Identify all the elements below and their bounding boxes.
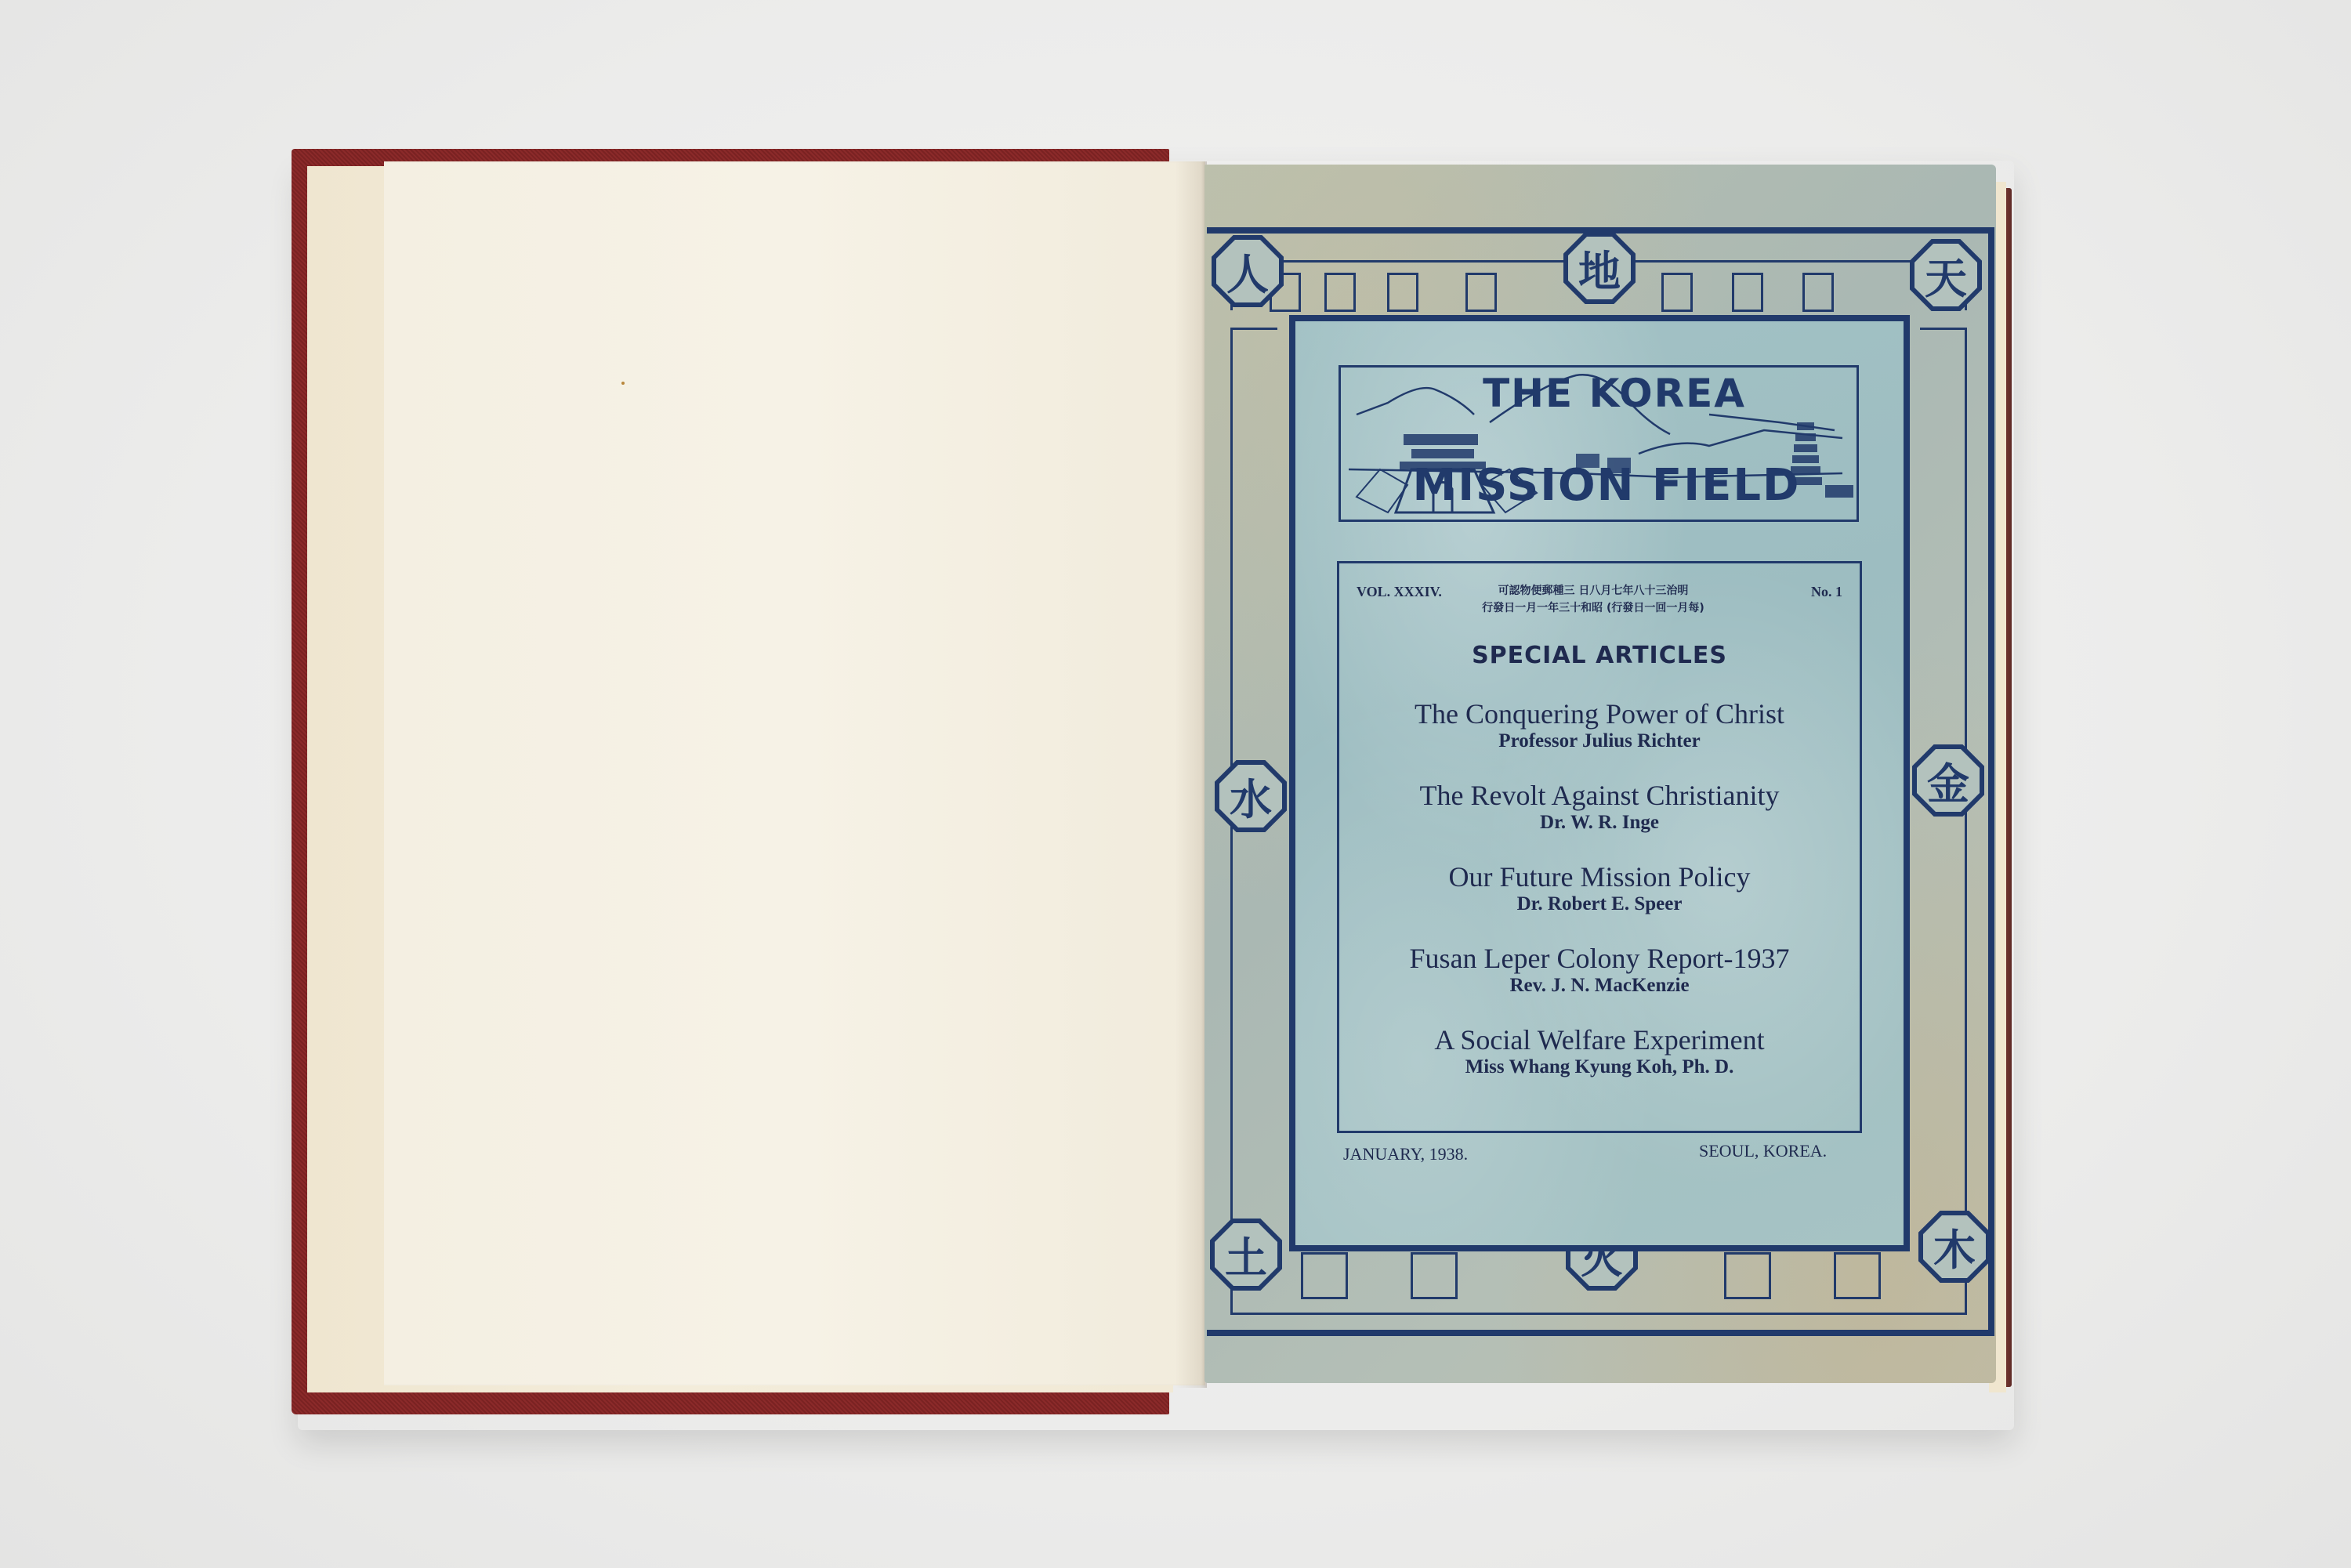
article-title: A Social Welfare Experiment <box>1339 1024 1860 1056</box>
masthead-illustration: THE KOREA MISSION FIELD <box>1339 365 1859 522</box>
postal-registration-text: 可認物便郵種三 日八月七年八十三治明 行發日一月一年三十和昭 (行發日一回一月每… <box>1444 582 1742 617</box>
meander-key <box>1301 1252 1348 1299</box>
gutter-shadow <box>1175 161 1207 1388</box>
volume-label: VOL. XXXIV. <box>1357 584 1442 600</box>
article-item: The Conquering Power of Christ Professor… <box>1339 698 1860 753</box>
article-item: Fusan Leper Colony Report-1937 Rev. J. N… <box>1339 943 1860 998</box>
article-author: Rev. J. N. MacKenzie <box>1339 974 1860 998</box>
contents-box: VOL. XXXIV. 可認物便郵種三 日八月七年八十三治明 行發日一月一年三十… <box>1337 561 1862 1133</box>
article-title: Fusan Leper Colony Report-1937 <box>1339 943 1860 974</box>
medallion-top-right: 天 <box>1910 239 1982 311</box>
meander-key <box>1724 1252 1771 1299</box>
article-author: Professor Julius Richter <box>1339 730 1860 753</box>
issue-number: No. 1 <box>1811 584 1842 600</box>
medallion-top-center: 地 <box>1563 232 1636 304</box>
article-author: Dr. Robert E. Speer <box>1339 893 1860 916</box>
medallion-bottom-right: 木 <box>1918 1211 1991 1283</box>
meander-key <box>1387 273 1418 312</box>
article-title: The Revolt Against Christianity <box>1339 780 1860 811</box>
article-title: Our Future Mission Policy <box>1339 861 1860 893</box>
masthead-title-top: THE KOREA <box>1341 371 1859 416</box>
article-title: The Conquering Power of Christ <box>1339 698 1860 730</box>
issue-place: SEOUL, KOREA. <box>1699 1141 1827 1161</box>
meander-key <box>1661 273 1693 312</box>
article-item: Our Future Mission Policy Dr. Robert E. … <box>1339 861 1860 916</box>
meander-key <box>1411 1252 1458 1299</box>
paper-speck <box>621 382 625 385</box>
blank-flyleaf-page <box>384 161 1205 1385</box>
article-author: Dr. W. R. Inge <box>1339 811 1860 835</box>
issue-date: JANUARY, 1938. <box>1343 1144 1468 1164</box>
meander-key <box>1802 273 1834 312</box>
masthead-title-bottom: MISSION FIELD <box>1341 460 1859 511</box>
article-author: Miss Whang Kyung Koh, Ph. D. <box>1339 1056 1860 1079</box>
meander-key <box>1834 1252 1881 1299</box>
meander-key <box>1324 273 1356 312</box>
article-item: The Revolt Against Christianity Dr. W. R… <box>1339 780 1860 835</box>
medallion-middle-right: 金 <box>1912 744 1984 817</box>
section-heading: SPECIAL ARTICLES <box>1339 642 1860 669</box>
medallion-bottom-left: 土 <box>1210 1219 1282 1291</box>
meander-key <box>1465 273 1497 312</box>
medallion-middle-left: 水 <box>1215 760 1287 832</box>
meander-key <box>1732 273 1763 312</box>
medallion-top-left: 人 <box>1212 235 1284 307</box>
article-item: A Social Welfare Experiment Miss Whang K… <box>1339 1024 1860 1079</box>
